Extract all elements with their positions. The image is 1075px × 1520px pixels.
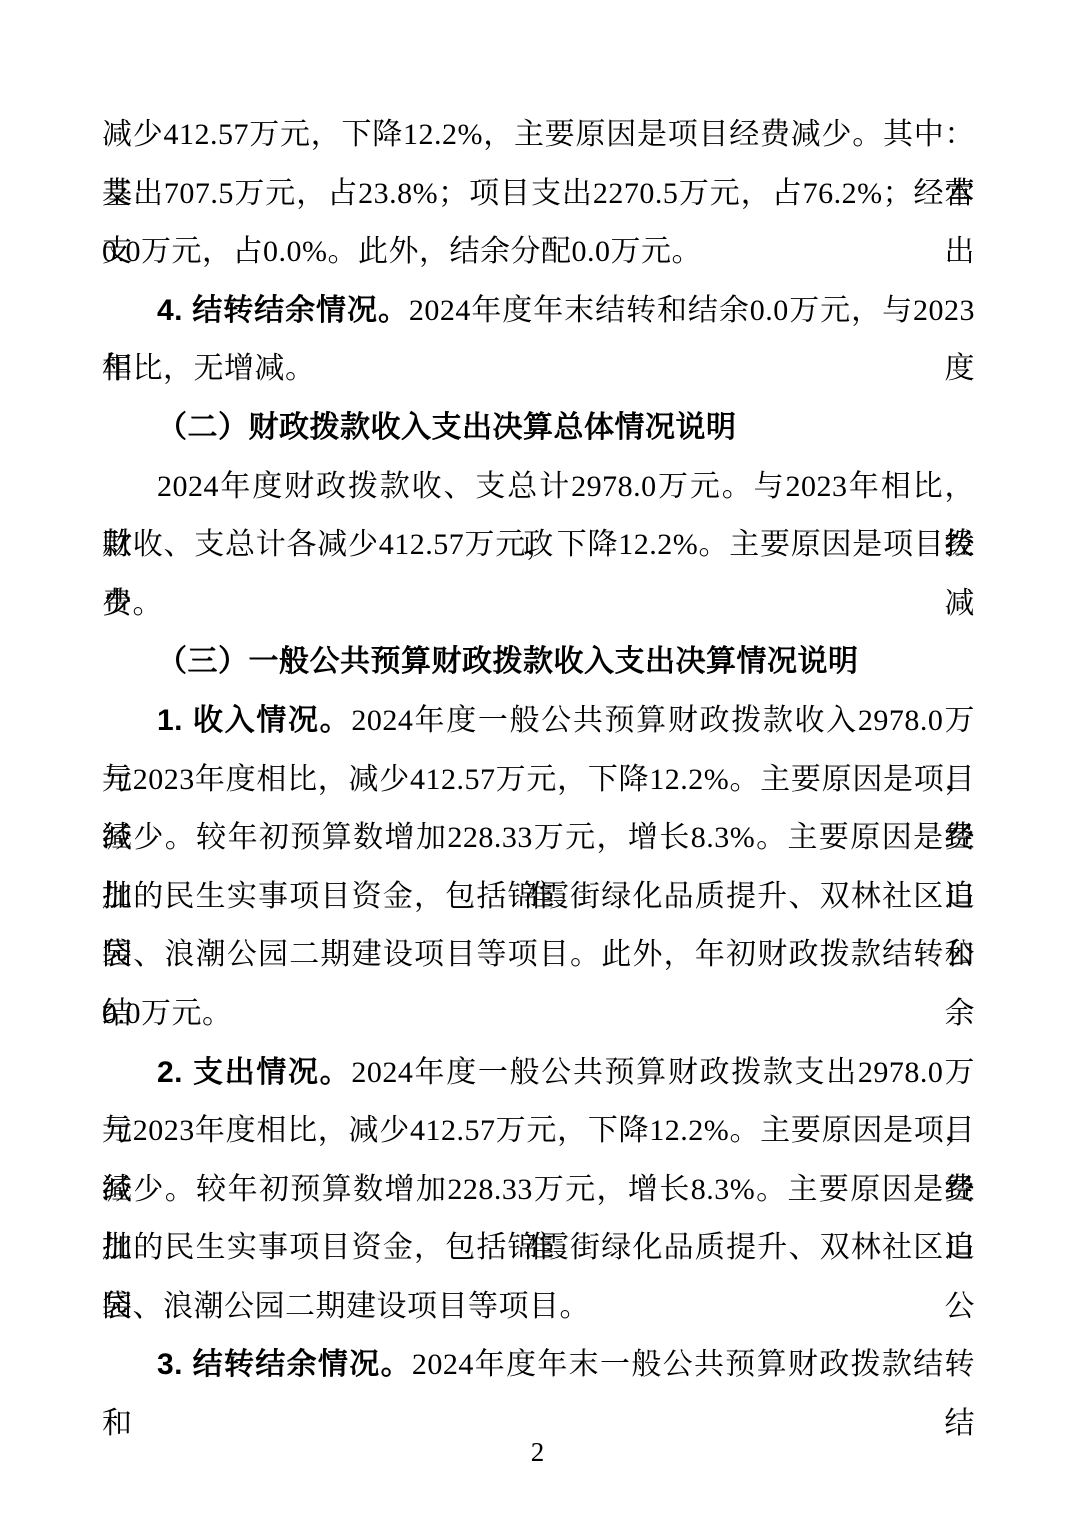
- text-run: 园、浪潮公园二期建设项目等项目。: [102, 1290, 590, 1323]
- text-run: 0.0万元。: [102, 997, 233, 1030]
- document-page: 减少412.57万元，下降12.2%，主要原因是项目经费减少。其中：基本 支出7…: [0, 0, 1075, 1520]
- text-line: 1. 收入情况。2024年度一般公共预算财政拨款收入2978.0万元，: [102, 692, 975, 751]
- bold-run: 1. 收入情况。: [157, 704, 351, 737]
- text-line: 支出707.5万元，占23.8%；项目支出2270.5万元，占76.2%；经营支…: [102, 165, 975, 224]
- page-content: 减少412.57万元，下降12.2%，主要原因是项目经费减少。其中：基本 支出7…: [102, 106, 975, 1395]
- text-line: 减少。较年初预算数增加228.33万元，增长8.3%。主要原因是经批准追: [102, 1161, 975, 1220]
- text-line: 与2023年度相比，减少412.57万元，下降12.2%。主要原因是项目经费: [102, 1102, 975, 1161]
- bold-run: （二）财政拨款收入支出决算总体情况说明: [157, 411, 737, 444]
- section-heading: （三）一般公共预算财政拨款收入支出决算情况说明: [102, 633, 975, 692]
- text-run: 相比，无增减。: [102, 352, 316, 385]
- text-line: 园、浪潮公园二期建设项目等项目。此外，年初财政拨款结转和结余: [102, 926, 975, 985]
- text-line: 减少412.57万元，下降12.2%，主要原因是项目经费减少。其中：基本: [102, 106, 975, 165]
- text-line: 减少。较年初预算数增加228.33万元，增长8.3%。主要原因是经批准追: [102, 809, 975, 868]
- text-line: 加的民生实事项目资金，包括锦霞街绿化品质提升、双林社区口袋公: [102, 868, 975, 927]
- text-line: 与2023年度相比，减少412.57万元，下降12.2%。主要原因是项目经费: [102, 751, 975, 810]
- text-line: 3. 结转结余情况。2024年度年末一般公共预算财政拨款结转和结: [102, 1336, 975, 1395]
- bold-run: 4. 结转结余情况。: [157, 294, 409, 327]
- text-line: 4. 结转结余情况。2024年度年末结转和结余0.0万元，与2023年度: [102, 282, 975, 341]
- text-run: 少。: [102, 587, 163, 620]
- text-line: 2024年度财政拨款收、支总计2978.0万元。与2023年相比，财政拨: [102, 458, 975, 517]
- page-number: 2: [0, 1434, 1075, 1470]
- bold-run: （三）一般公共预算财政拨款收入支出决算情况说明: [157, 645, 859, 678]
- bold-run: 3. 结转结余情况。: [157, 1348, 412, 1381]
- text-line: 2. 支出情况。2024年度一般公共预算财政拨款支出2978.0万元，: [102, 1044, 975, 1103]
- text-line: 加的民生实事项目资金，包括锦霞街绿化品质提升、双林社区口袋公: [102, 1219, 975, 1278]
- section-heading: （二）财政拨款收入支出决算总体情况说明: [102, 399, 975, 458]
- text-run: 园、浪潮公园二期建设项目等项目。此外，年初财政拨款结转和结余: [102, 938, 975, 1030]
- bold-run: 2. 支出情况。: [157, 1056, 351, 1089]
- text-line: 款收、支总计各减少412.57万元，下降12.2%。主要原因是项目经费减: [102, 516, 975, 575]
- text-run: 0.0万元，占0.0%。此外，结余分配0.0万元。: [102, 235, 702, 268]
- text-run: 款收、支总计各减少412.57万元，下降12.2%。主要原因是项目经费减: [102, 528, 975, 620]
